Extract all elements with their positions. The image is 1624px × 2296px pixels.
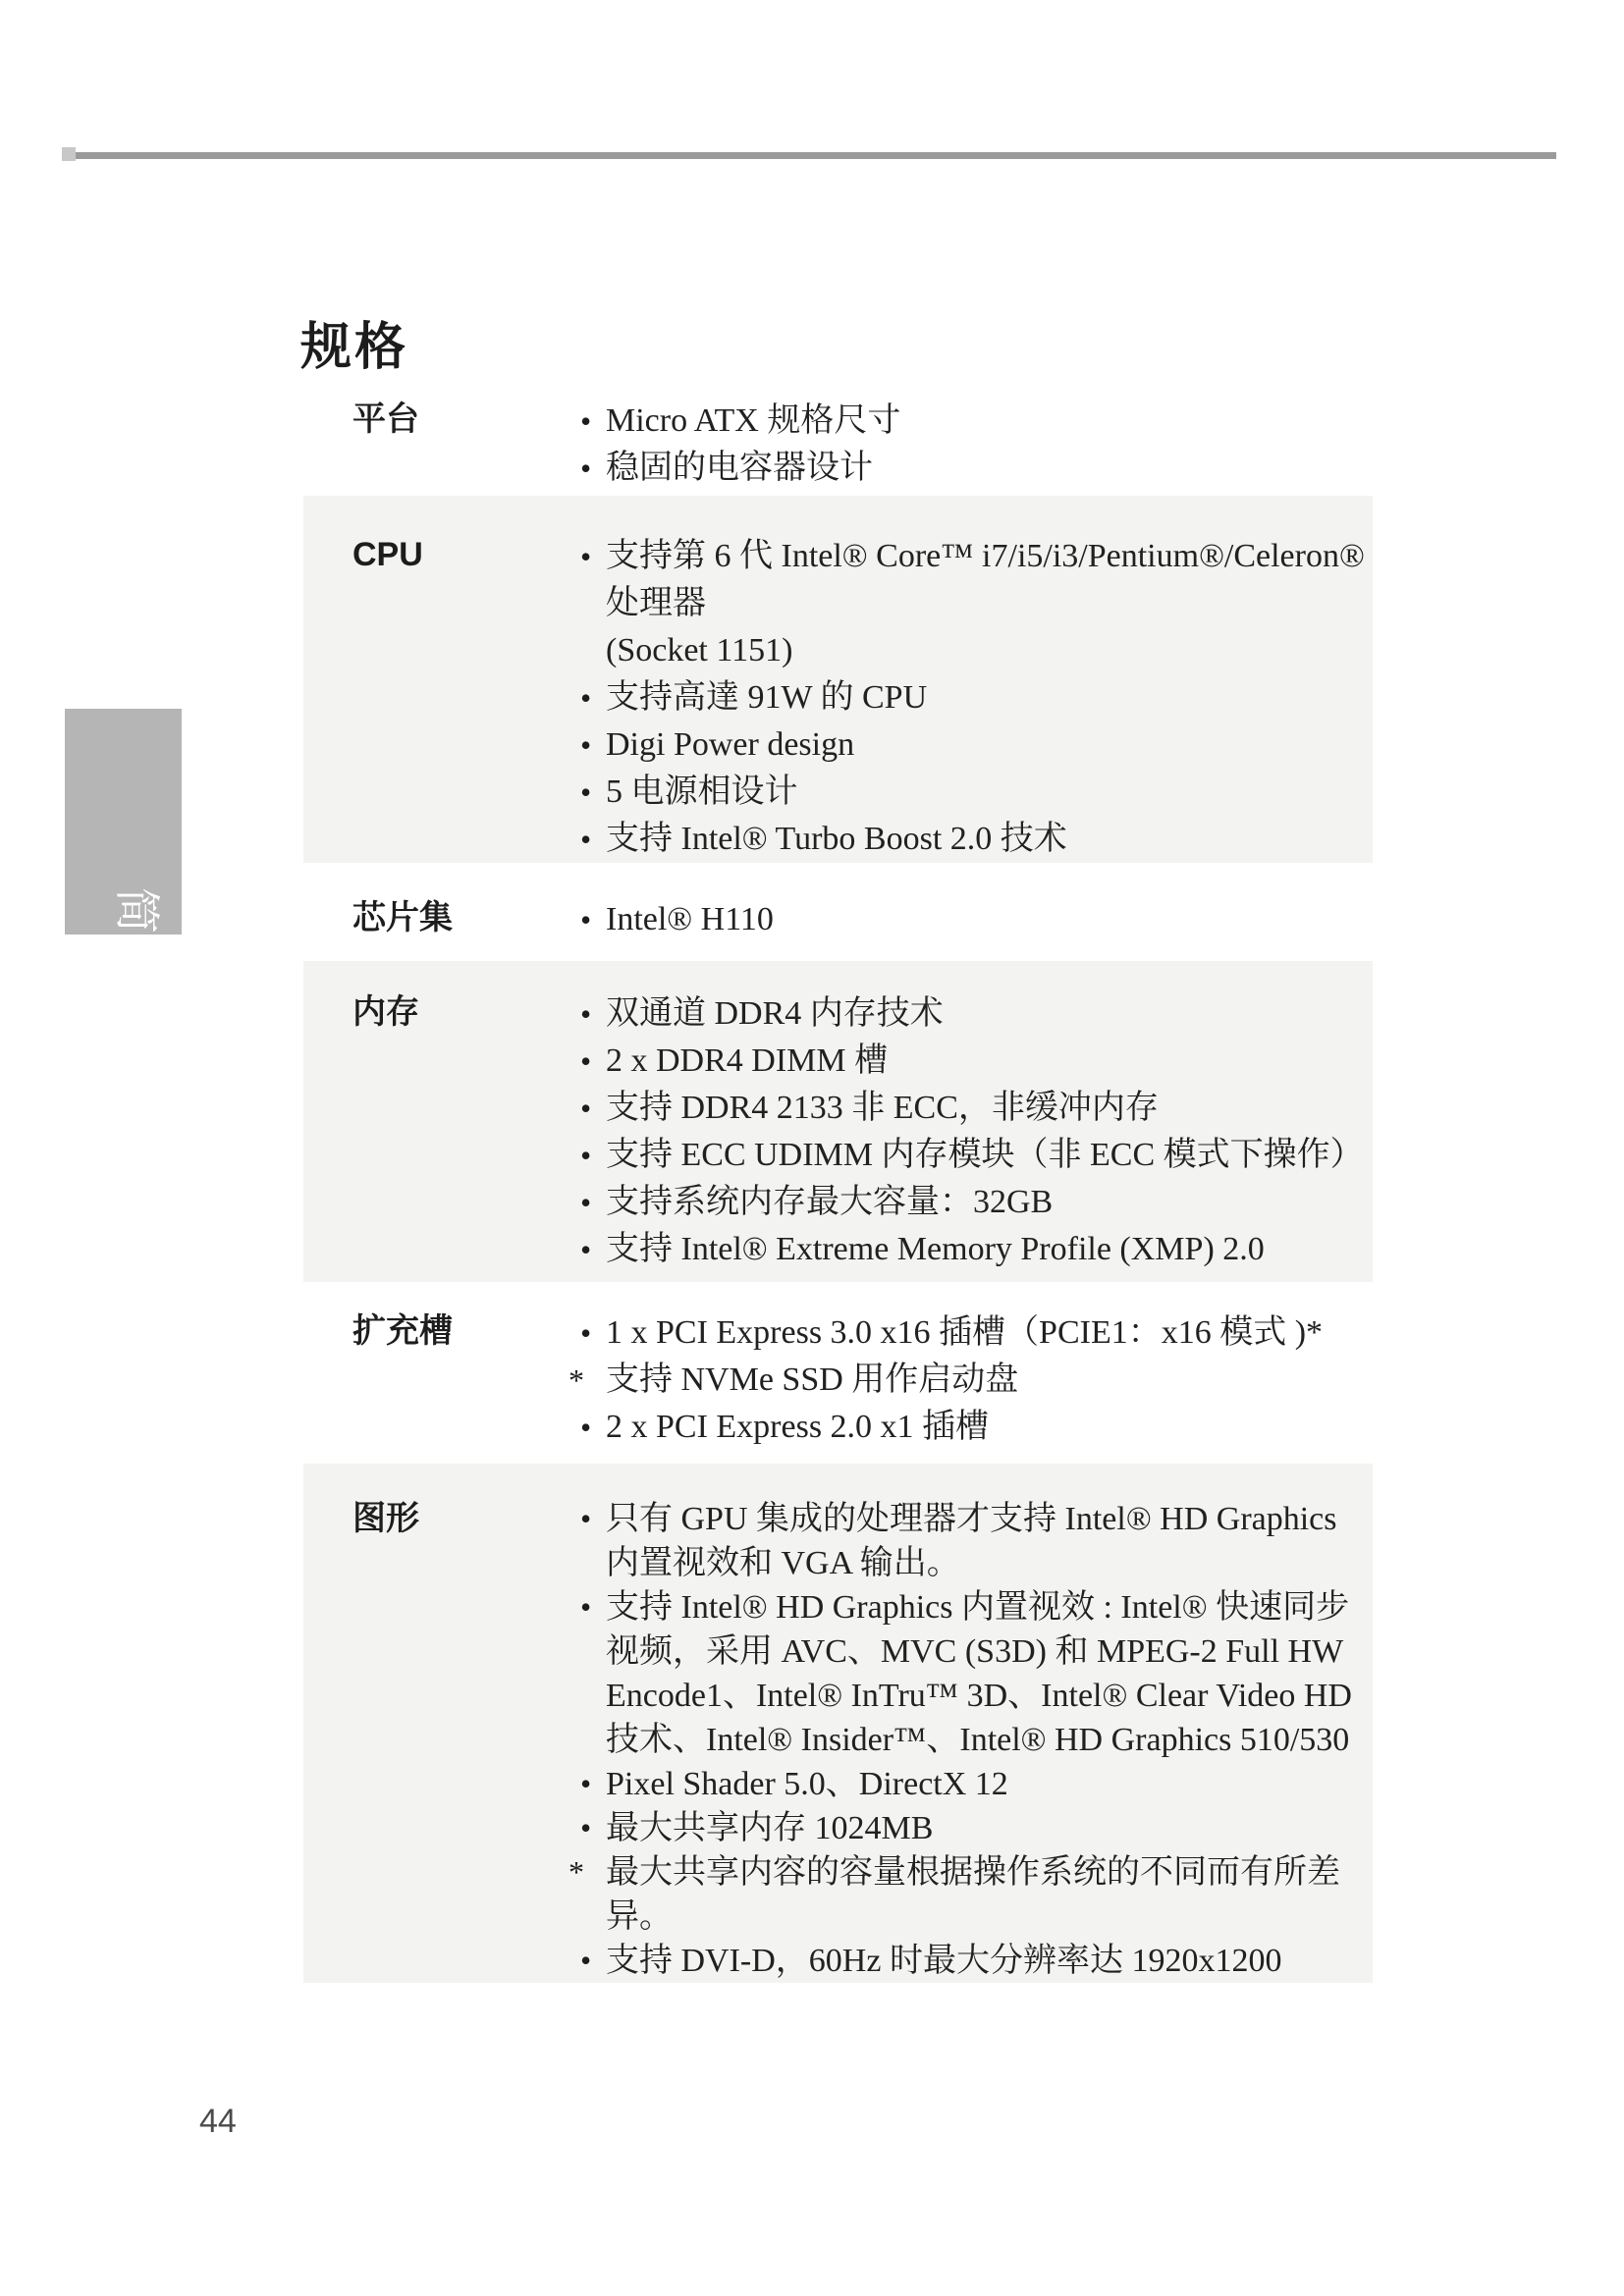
spec-item: • 支持 DDR4 2133 非 ECC，非缓冲内存 — [580, 1085, 1373, 1132]
spec-item: • 支持 Intel® Extreme Memory Profile (XMP)… — [580, 1226, 1373, 1273]
bullet-icon: • — [580, 896, 606, 943]
page-title: 规格 — [300, 305, 408, 379]
bullet-icon: • — [580, 398, 606, 445]
section-label-chipset: 芯片集 — [303, 896, 580, 961]
bullet-icon: • — [580, 1939, 606, 1983]
spec-item: • 支持 Intel® Turbo Boost 2.0 技术 — [580, 816, 1373, 863]
spec-item: • 2 x DDR4 DIMM 槽 — [580, 1038, 1373, 1085]
bullet-icon: • — [580, 1585, 606, 1629]
spec-item: • 支持 DVI-D，60Hz 时最大分辨率达 1920x1200 — [580, 1939, 1373, 1983]
bullet-icon: • — [580, 721, 606, 769]
spec-item: • 1 x PCI Express 3.0 x16 插槽（PCIE1：x16 模… — [580, 1309, 1373, 1357]
bullet-icon: • — [580, 1085, 606, 1132]
section-label-platform: 平台 — [303, 398, 580, 496]
bullet-icon: • — [580, 816, 606, 863]
section-label-memory: 内存 — [303, 990, 580, 1282]
bullet-icon: • — [580, 1179, 606, 1226]
section-memory: 内存 • 双通道 DDR4 内存技术 • 2 x DDR4 DIMM 槽 • 支… — [303, 961, 1373, 1282]
top-divider-rule — [76, 152, 1556, 159]
section-content: • Micro ATX 规格尺寸 • 稳固的电容器设计 — [580, 398, 1373, 496]
section-platform: 平台 • Micro ATX 规格尺寸 • 稳固的电容器设计 — [303, 388, 1373, 496]
spec-item: • Digi Power design — [580, 721, 1373, 769]
section-content: • Intel® H110 — [580, 896, 1373, 961]
bullet-icon: • — [580, 1762, 606, 1806]
bullet-icon: • — [580, 769, 606, 816]
section-content: • 支持第 6 代 Intel® Core™ i7/i5/i3/Pentium®… — [580, 533, 1373, 863]
bullet-icon: • — [580, 1038, 606, 1085]
spec-footnote: * 支持 NVMe SSD 用作启动盘 — [580, 1357, 1373, 1404]
spec-item: • Intel® H110 — [580, 896, 1373, 943]
spec-item: • 双通道 DDR4 内存技术 — [580, 990, 1373, 1038]
spec-item: • 支持第 6 代 Intel® Core™ i7/i5/i3/Pentium®… — [580, 533, 1373, 674]
spec-item: • 支持高達 91W 的 CPU — [580, 674, 1373, 721]
spec-item: • 最大共享内存 1024MB — [580, 1806, 1373, 1850]
bullet-icon: • — [580, 445, 606, 492]
section-label-graphics: 图形 — [303, 1497, 580, 1983]
section-label-expansion-slots: 扩充槽 — [303, 1309, 580, 1464]
asterisk-icon: * — [568, 1357, 606, 1404]
spec-item: • 支持 ECC UDIMM 内存模块（非 ECC 模式下操作） — [580, 1132, 1373, 1179]
spec-item: • 5 电源相设计 — [580, 769, 1373, 816]
language-tab-label: 简 — [114, 887, 160, 934]
section-content: • 双通道 DDR4 内存技术 • 2 x DDR4 DIMM 槽 • 支持 D… — [580, 990, 1373, 1282]
section-graphics: 图形 • 只有 GPU 集成的处理器才支持 Intel® HD Graphics… — [303, 1464, 1373, 1983]
bullet-icon: • — [580, 1806, 606, 1850]
asterisk-icon: * — [568, 1850, 606, 1895]
spec-item: • 支持系统内存最大容量：32GB — [580, 1179, 1373, 1226]
spec-table: 平台 • Micro ATX 规格尺寸 • 稳固的电容器设计 CPU • 支持第… — [303, 388, 1373, 1983]
section-label-cpu: CPU — [303, 533, 580, 863]
bullet-icon: • — [580, 533, 606, 580]
bullet-icon: • — [580, 1132, 606, 1179]
section-chipset: 芯片集 • Intel® H110 — [303, 863, 1373, 961]
spec-footnote: * 最大共享内容的容量根据操作系统的不同而有所差异。 — [580, 1850, 1373, 1939]
section-expansion-slots: 扩充槽 • 1 x PCI Express 3.0 x16 插槽（PCIE1：x… — [303, 1282, 1373, 1464]
spec-item: • 稳固的电容器设计 — [580, 445, 1373, 492]
bullet-icon: • — [580, 674, 606, 721]
bullet-icon: • — [580, 1404, 606, 1451]
spec-item: • Micro ATX 规格尺寸 — [580, 398, 1373, 445]
bullet-icon: • — [580, 990, 606, 1038]
spec-item: • Pixel Shader 5.0、DirectX 12 — [580, 1762, 1373, 1806]
section-content: • 只有 GPU 集成的处理器才支持 Intel® HD Graphics 内置… — [580, 1497, 1373, 1983]
section-content: • 1 x PCI Express 3.0 x16 插槽（PCIE1：x16 模… — [580, 1309, 1373, 1464]
bullet-icon: • — [580, 1226, 606, 1273]
rule-end-square — [62, 147, 76, 161]
page-number: 44 — [199, 2103, 237, 2141]
spec-item: • 支持 Intel® HD Graphics 内置视效 : Intel® 快速… — [580, 1585, 1373, 1762]
spec-item: • 2 x PCI Express 2.0 x1 插槽 — [580, 1404, 1373, 1451]
bullet-icon: • — [580, 1497, 606, 1541]
section-cpu: CPU • 支持第 6 代 Intel® Core™ i7/i5/i3/Pent… — [303, 496, 1373, 863]
language-tab: 简 — [65, 709, 182, 934]
bullet-icon: • — [580, 1309, 606, 1357]
spec-item: • 只有 GPU 集成的处理器才支持 Intel® HD Graphics 内置… — [580, 1497, 1373, 1585]
